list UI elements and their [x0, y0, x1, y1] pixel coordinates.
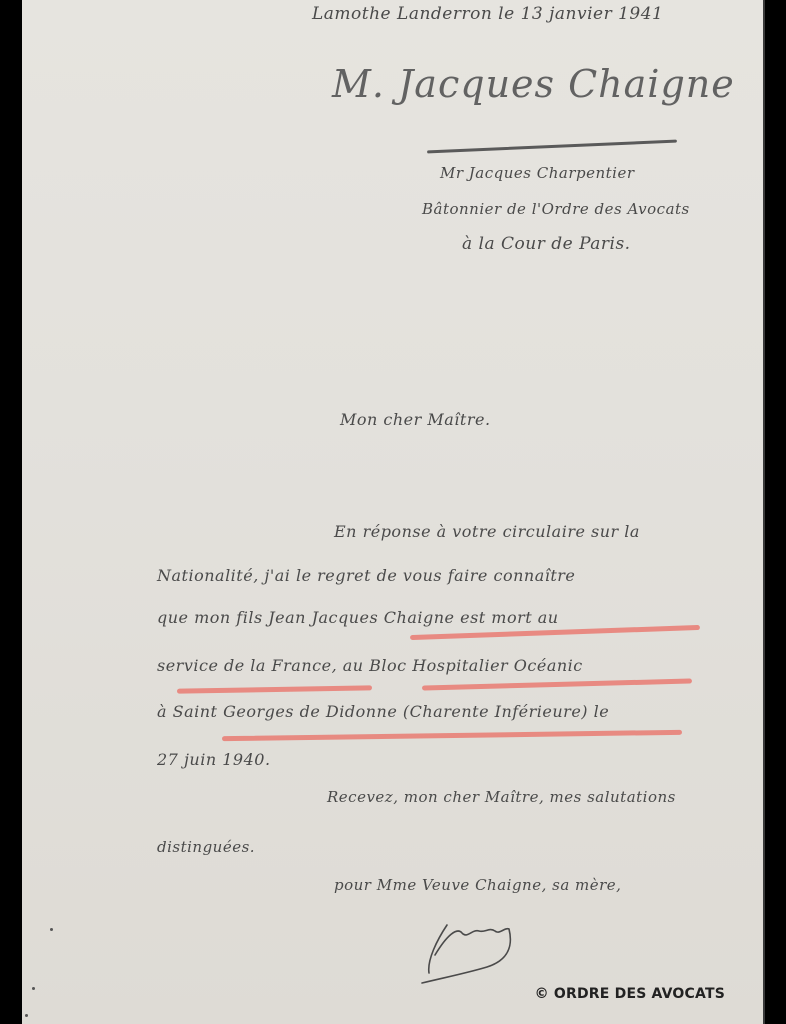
recipient-line-1: Mr Jacques Charpentier — [440, 164, 635, 182]
highlight-france — [177, 685, 372, 693]
body-line-3: que mon fils Jean Jacques Chaigne est mo… — [157, 608, 559, 627]
salutation: Mon cher Maître. — [340, 410, 491, 429]
paper-speck — [50, 928, 53, 931]
body-line-1: En réponse à votre circulaire sur la — [334, 522, 640, 541]
body-line-6: 27 juin 1940. — [157, 750, 271, 769]
signature-scribble — [417, 915, 537, 995]
place-date: Lamothe Landerron le 13 janvier 1941 — [312, 4, 663, 24]
sender-underline — [427, 140, 677, 154]
recipient-line-2: Bâtonnier de l'Ordre des Avocats — [422, 200, 690, 218]
paper-speck — [25, 1014, 28, 1017]
body-line-2: Nationalité, j'ai le regret de vous fair… — [157, 566, 575, 585]
highlight-chaigne-mort — [410, 625, 700, 640]
body-line-4: service de la France, au Bloc Hospitalie… — [157, 656, 583, 675]
highlight-bloc-hospitalier — [422, 678, 692, 690]
recipient-line-3: à la Cour de Paris. — [462, 234, 631, 254]
paper-speck — [32, 987, 35, 990]
closing-line-1: Recevez, mon cher Maître, mes salutation… — [327, 788, 676, 806]
copyright-watermark: © ORDRE DES AVOCATS — [535, 986, 725, 1002]
body-line-5: à Saint Georges de Didonne (Charente Inf… — [157, 702, 609, 721]
on-behalf-line: pour Mme Veuve Chaigne, sa mère, — [334, 876, 621, 894]
highlight-saint-georges — [222, 730, 682, 741]
closing-line-2: distinguées. — [157, 838, 255, 856]
sender-name: M. Jacques Chaigne — [332, 62, 735, 106]
letter-page: Lamothe Landerron le 13 janvier 1941 M. … — [22, 0, 765, 1024]
